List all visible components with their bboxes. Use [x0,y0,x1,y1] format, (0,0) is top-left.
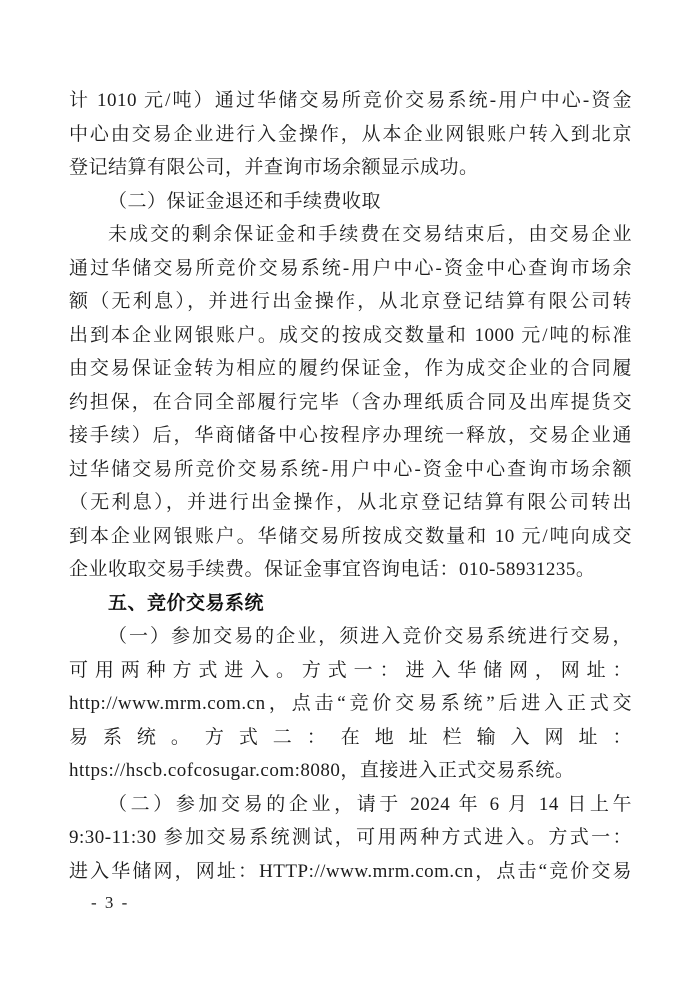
text-line: https://hscb.cofcosugar.com:8080，直接进入正式交… [69,754,632,788]
text-line: 登记结算有限公司，并查询市场余额显示成功。 [69,151,632,185]
text-line: 由交易保证金转为相应的履约保证金，作为成交企业的合同履 [69,352,632,386]
subsection-heading-2: （二）保证金退还和手续费收取 [69,185,632,219]
text-line: 可用两种方式进入。方式一：进入华储网，网址： [69,654,632,688]
document-body: 计 1010 元/吨）通过华储交易所竞价交易系统-用户中心-资金 中心由交易企业… [69,84,632,888]
text-line: 约担保，在合同全部履行完毕（含办理纸质合同及出库提货交 [69,386,632,420]
text-line: （二）参加交易的企业，请于 2024 年 6 月 14 日上午 [69,788,632,822]
text-line: 9:30-11:30 参加交易系统测试，可用两种方式进入。方式一： [69,821,632,855]
text-line: 进入华储网，网址：HTTP://www.mrm.com.cn，点击“竞价交易 [69,855,632,889]
text-line: 中心由交易企业进行入金操作，从本企业网银账户转入到北京 [69,118,632,152]
text-line: （无利息），并进行出金操作，从北京登记结算有限公司转出 [69,486,632,520]
text-line: http://www.mrm.com.cn，点击“竞价交易系统”后进入正式交 [69,687,632,721]
text-line: 出到本企业网银账户。成交的按成交数量和 1000 元/吨的标准 [69,319,632,353]
text-line: （一）参加交易的企业，须进入竞价交易系统进行交易， [69,620,632,654]
section-heading-5: 五、竞价交易系统 [69,587,632,621]
document-page: 计 1010 元/吨）通过华储交易所竞价交易系统-用户中心-资金 中心由交易企业… [0,0,700,989]
text-line: 到本企业网银账户。华储交易所按成交数量和 10 元/吨向成交 [69,520,632,554]
page-number: - 3 - [91,893,129,913]
text-line: 额（无利息），并进行出金操作，从北京登记结算有限公司转 [69,285,632,319]
text-line: 过华储交易所竞价交易系统-用户中心-资金中心查询市场余额 [69,453,632,487]
text-line: 易系统。方式二：在地址栏输入网址： [69,721,632,755]
text-line: 企业收取交易手续费。保证金事宜咨询电话：010-58931235。 [69,553,632,587]
text-line: 通过华储交易所竞价交易系统-用户中心-资金中心查询市场余 [69,252,632,286]
text-line: 计 1010 元/吨）通过华储交易所竞价交易系统-用户中心-资金 [69,84,632,118]
text-line: 未成交的剩余保证金和手续费在交易结束后，由交易企业 [69,218,632,252]
text-line: 接手续）后，华商储备中心按程序办理统一释放，交易企业通 [69,419,632,453]
